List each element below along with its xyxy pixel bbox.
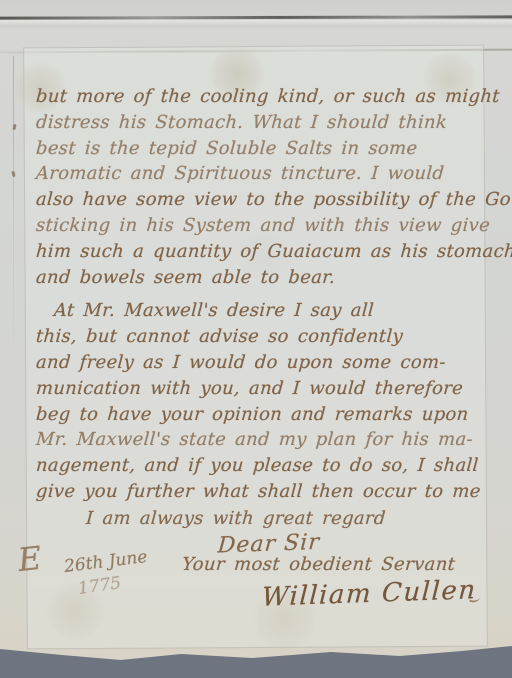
letter-line: also have some view to the possibility o… [35, 187, 475, 213]
letter-line: Mr. Maxwell's state and my plan for his … [35, 427, 475, 453]
paragraph-1: but more of the cooling kind, or such as… [36, 84, 474, 290]
letter-line: munication with you, and I would therefo… [35, 376, 475, 402]
letter-line: sticking in his System and with this vie… [35, 213, 475, 239]
letter-line: and bowels seem able to bear. [35, 265, 475, 291]
letter-line: but more of the cooling kind, or such as… [35, 84, 475, 110]
letter-paper-sheet: but more of the cooling kind, or such as… [0, 0, 512, 662]
letter-line: best is the tepid Soluble Salts in some [35, 136, 475, 162]
letter-line: nagement, and if you please to do so, I … [35, 453, 475, 479]
letter-line: this, but cannot advise so confidently [35, 324, 475, 350]
closing-valediction: Your most obedient Servant [181, 553, 475, 577]
letter-line: give you further what shall then occur t… [35, 479, 475, 505]
ink-speck [12, 124, 16, 130]
letter-line: him such a quantity of Guaiacum as his s… [35, 239, 475, 265]
ink-speck [11, 171, 15, 178]
letter-line: beg to have your opinion and remarks upo… [35, 402, 475, 428]
letter-body: but more of the cooling kind, or such as… [36, 84, 474, 609]
scanned-letter-photo: { "document": { "type": "handwritten-let… [0, 0, 512, 678]
vertical-fold-line [13, 56, 14, 366]
paragraph-2: At Mr. Maxwell's desire I say all this, … [36, 298, 474, 504]
signature-william-cullen: William Cullen [261, 575, 475, 612]
letter-line: Aromatic and Spirituous tincture. I woul… [35, 161, 475, 187]
letter-line: distress his Stomach. What I should thin… [35, 110, 475, 136]
letter-line: At Mr. Maxwell's desire I say all [35, 298, 475, 324]
dateline-place-initial: E [16, 539, 43, 579]
letter-line: and freely as I would do upon some com- [35, 350, 475, 376]
fold-shadow [0, 20, 512, 29]
